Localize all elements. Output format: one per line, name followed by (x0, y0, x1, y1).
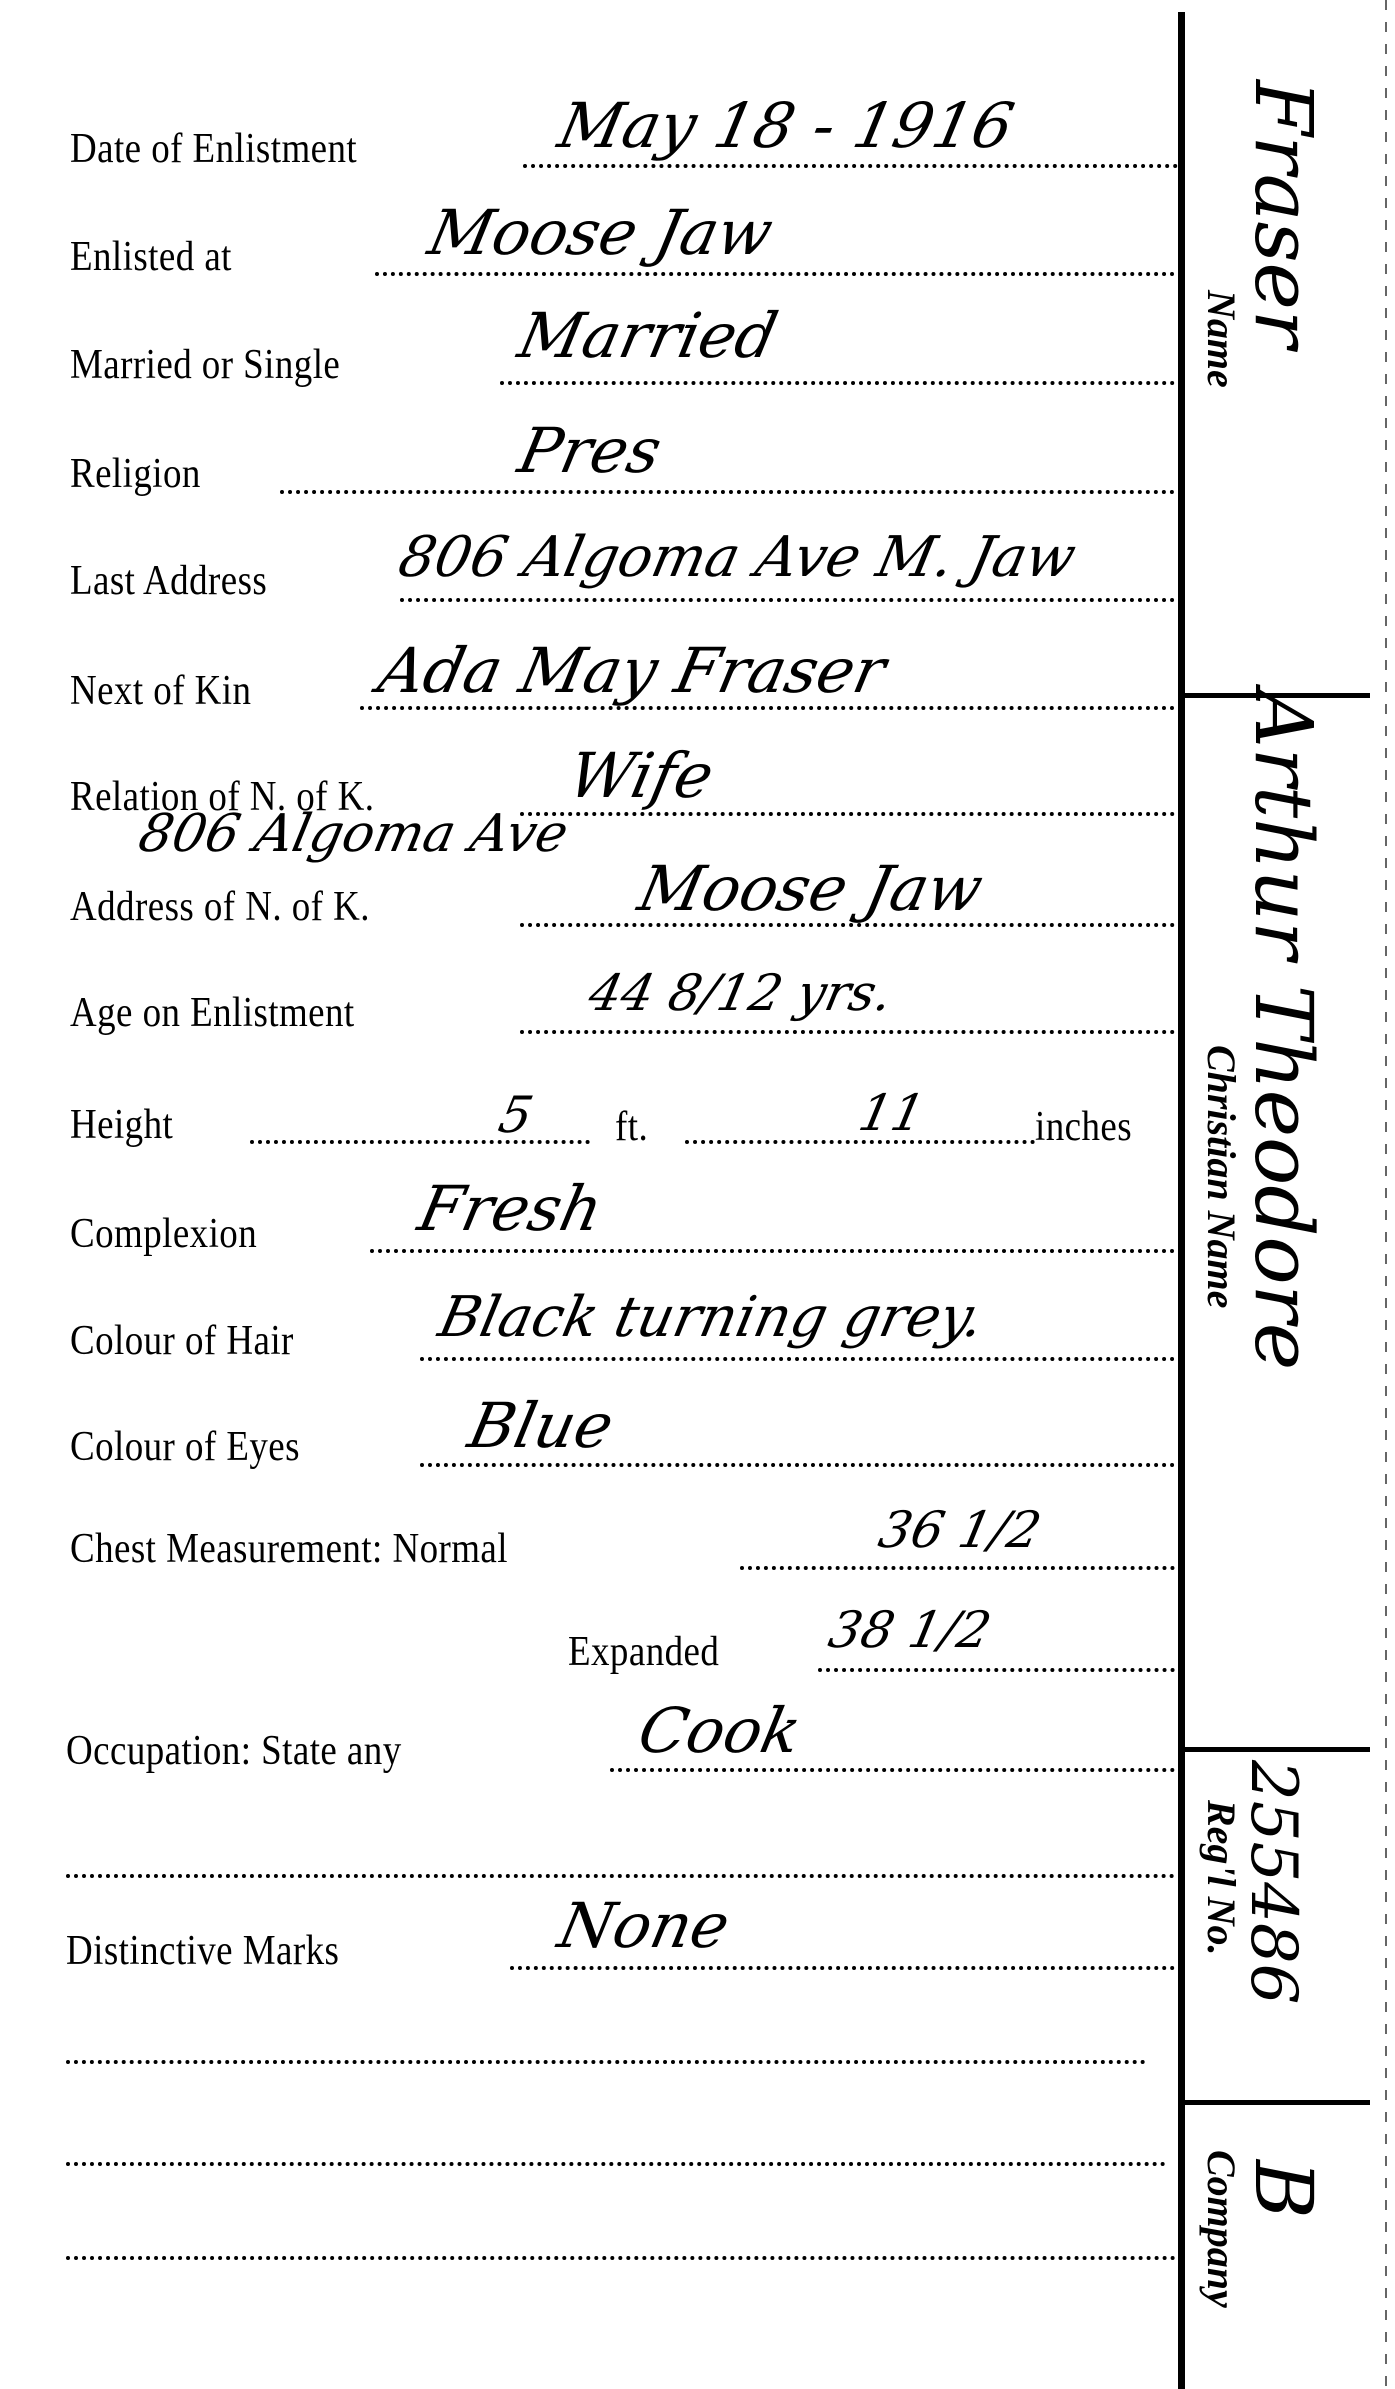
field-value: Moose Jaw (423, 202, 777, 264)
height-inches-value: 11 (855, 1088, 929, 1138)
field-colour-of-hair: Colour of Hair (70, 1302, 324, 1362)
field-complexion: Complexion (70, 1195, 283, 1255)
field-height: Height (70, 1086, 187, 1146)
field-value: 44 8/12 yrs. (585, 968, 897, 1018)
field-line (520, 812, 1175, 816)
field-line (500, 381, 1175, 385)
field-label: Age on Enlistment (70, 992, 355, 1034)
field-label: Enlisted at (70, 236, 232, 278)
occupation-continuation-line (66, 1874, 1175, 1878)
field-label: Colour of Eyes (70, 1426, 300, 1468)
field-label: Last Address (70, 560, 267, 602)
regimental-number-value: 255486 (1236, 1760, 1310, 2004)
field-value: Black turning grey. (434, 1290, 988, 1346)
card-edge (1385, 0, 1387, 2389)
field-label: Address of N. of K. (70, 886, 370, 928)
field-line (370, 1249, 1175, 1253)
field-line (510, 1966, 1175, 1970)
field-value: Ada May Fraser (373, 640, 890, 702)
feet-unit-label: ft. (615, 1106, 648, 1148)
field-value: May 18 - 1916 (553, 95, 1018, 157)
field-label: Colour of Hair (70, 1320, 294, 1362)
field-colour-of-eyes: Colour of Eyes (70, 1408, 331, 1468)
blank-line (66, 2162, 1166, 2166)
field-label: Distinctive Marks (66, 1930, 339, 1972)
field-label: Religion (70, 453, 201, 495)
blank-line (66, 2060, 1146, 2064)
field-married-or-single: Married or Single (70, 326, 377, 386)
field-label: Occupation: State any (66, 1730, 402, 1772)
field-label: Married or Single (70, 344, 340, 386)
field-value: Wife (563, 745, 718, 807)
field-line (280, 490, 1175, 494)
field-value: Pres (513, 420, 666, 482)
name-value: Fraser (1237, 80, 1330, 348)
field-value: 38 1/2 (825, 1605, 996, 1655)
column-divider (1178, 12, 1185, 2389)
field-label: Next of Kin (70, 670, 251, 712)
field-value: Moose Jaw (633, 858, 987, 920)
field-age-on-enlistment: Age on Enlistment (70, 974, 393, 1034)
field-line (523, 164, 1178, 168)
field-line (420, 1357, 1175, 1361)
field-label: Date of Enlistment (70, 128, 357, 170)
field-line (400, 598, 1175, 602)
field-address-of-next-of-kin: Address of N. of K. (70, 868, 411, 928)
field-value: Fresh (413, 1178, 607, 1240)
christian-name-value: Arthur Theodore (1237, 690, 1330, 1370)
field-date-of-enlistment: Date of Enlistment (70, 110, 396, 170)
field-last-address: Last Address (70, 542, 294, 602)
field-label: Expanded (568, 1631, 719, 1673)
field-line (375, 272, 1175, 276)
company-value: B (1237, 2160, 1330, 2219)
field-value: Married (513, 305, 782, 367)
field-value: 36 1/2 (875, 1505, 1046, 1555)
field-religion: Religion (70, 435, 219, 495)
inches-unit-label: inches (1035, 1106, 1132, 1148)
field-line (520, 1030, 1175, 1034)
christian-name-separator (1180, 1747, 1370, 1752)
field-line-feet (250, 1140, 590, 1144)
height-feet-value: 5 (495, 1090, 537, 1140)
field-label: Chest Measurement: Normal (70, 1528, 508, 1570)
field-line (740, 1566, 1175, 1570)
field-value-above: 806 Algoma Ave (134, 808, 572, 860)
field-occupation: Occupation: State any (66, 1712, 447, 1772)
field-enlisted-at: Enlisted at (70, 218, 254, 278)
field-next-of-kin: Next of Kin (70, 652, 276, 712)
field-label: Height (70, 1104, 173, 1146)
regno-separator (1180, 2100, 1370, 2105)
field-chest-expanded: Expanded (568, 1613, 740, 1673)
field-line (610, 1768, 1175, 1772)
field-value: None (553, 1895, 734, 1957)
field-value: Blue (463, 1395, 618, 1457)
field-value: 806 Algoma Ave M. Jaw (394, 530, 1080, 586)
field-distinctive-marks: Distinctive Marks (66, 1912, 377, 1972)
blank-line (66, 2256, 1176, 2260)
field-line (818, 1668, 1175, 1672)
field-chest-normal: Chest Measurement: Normal (70, 1510, 568, 1570)
field-value: Cook (633, 1700, 806, 1762)
field-label: Complexion (70, 1213, 257, 1255)
field-line (420, 1463, 1175, 1467)
